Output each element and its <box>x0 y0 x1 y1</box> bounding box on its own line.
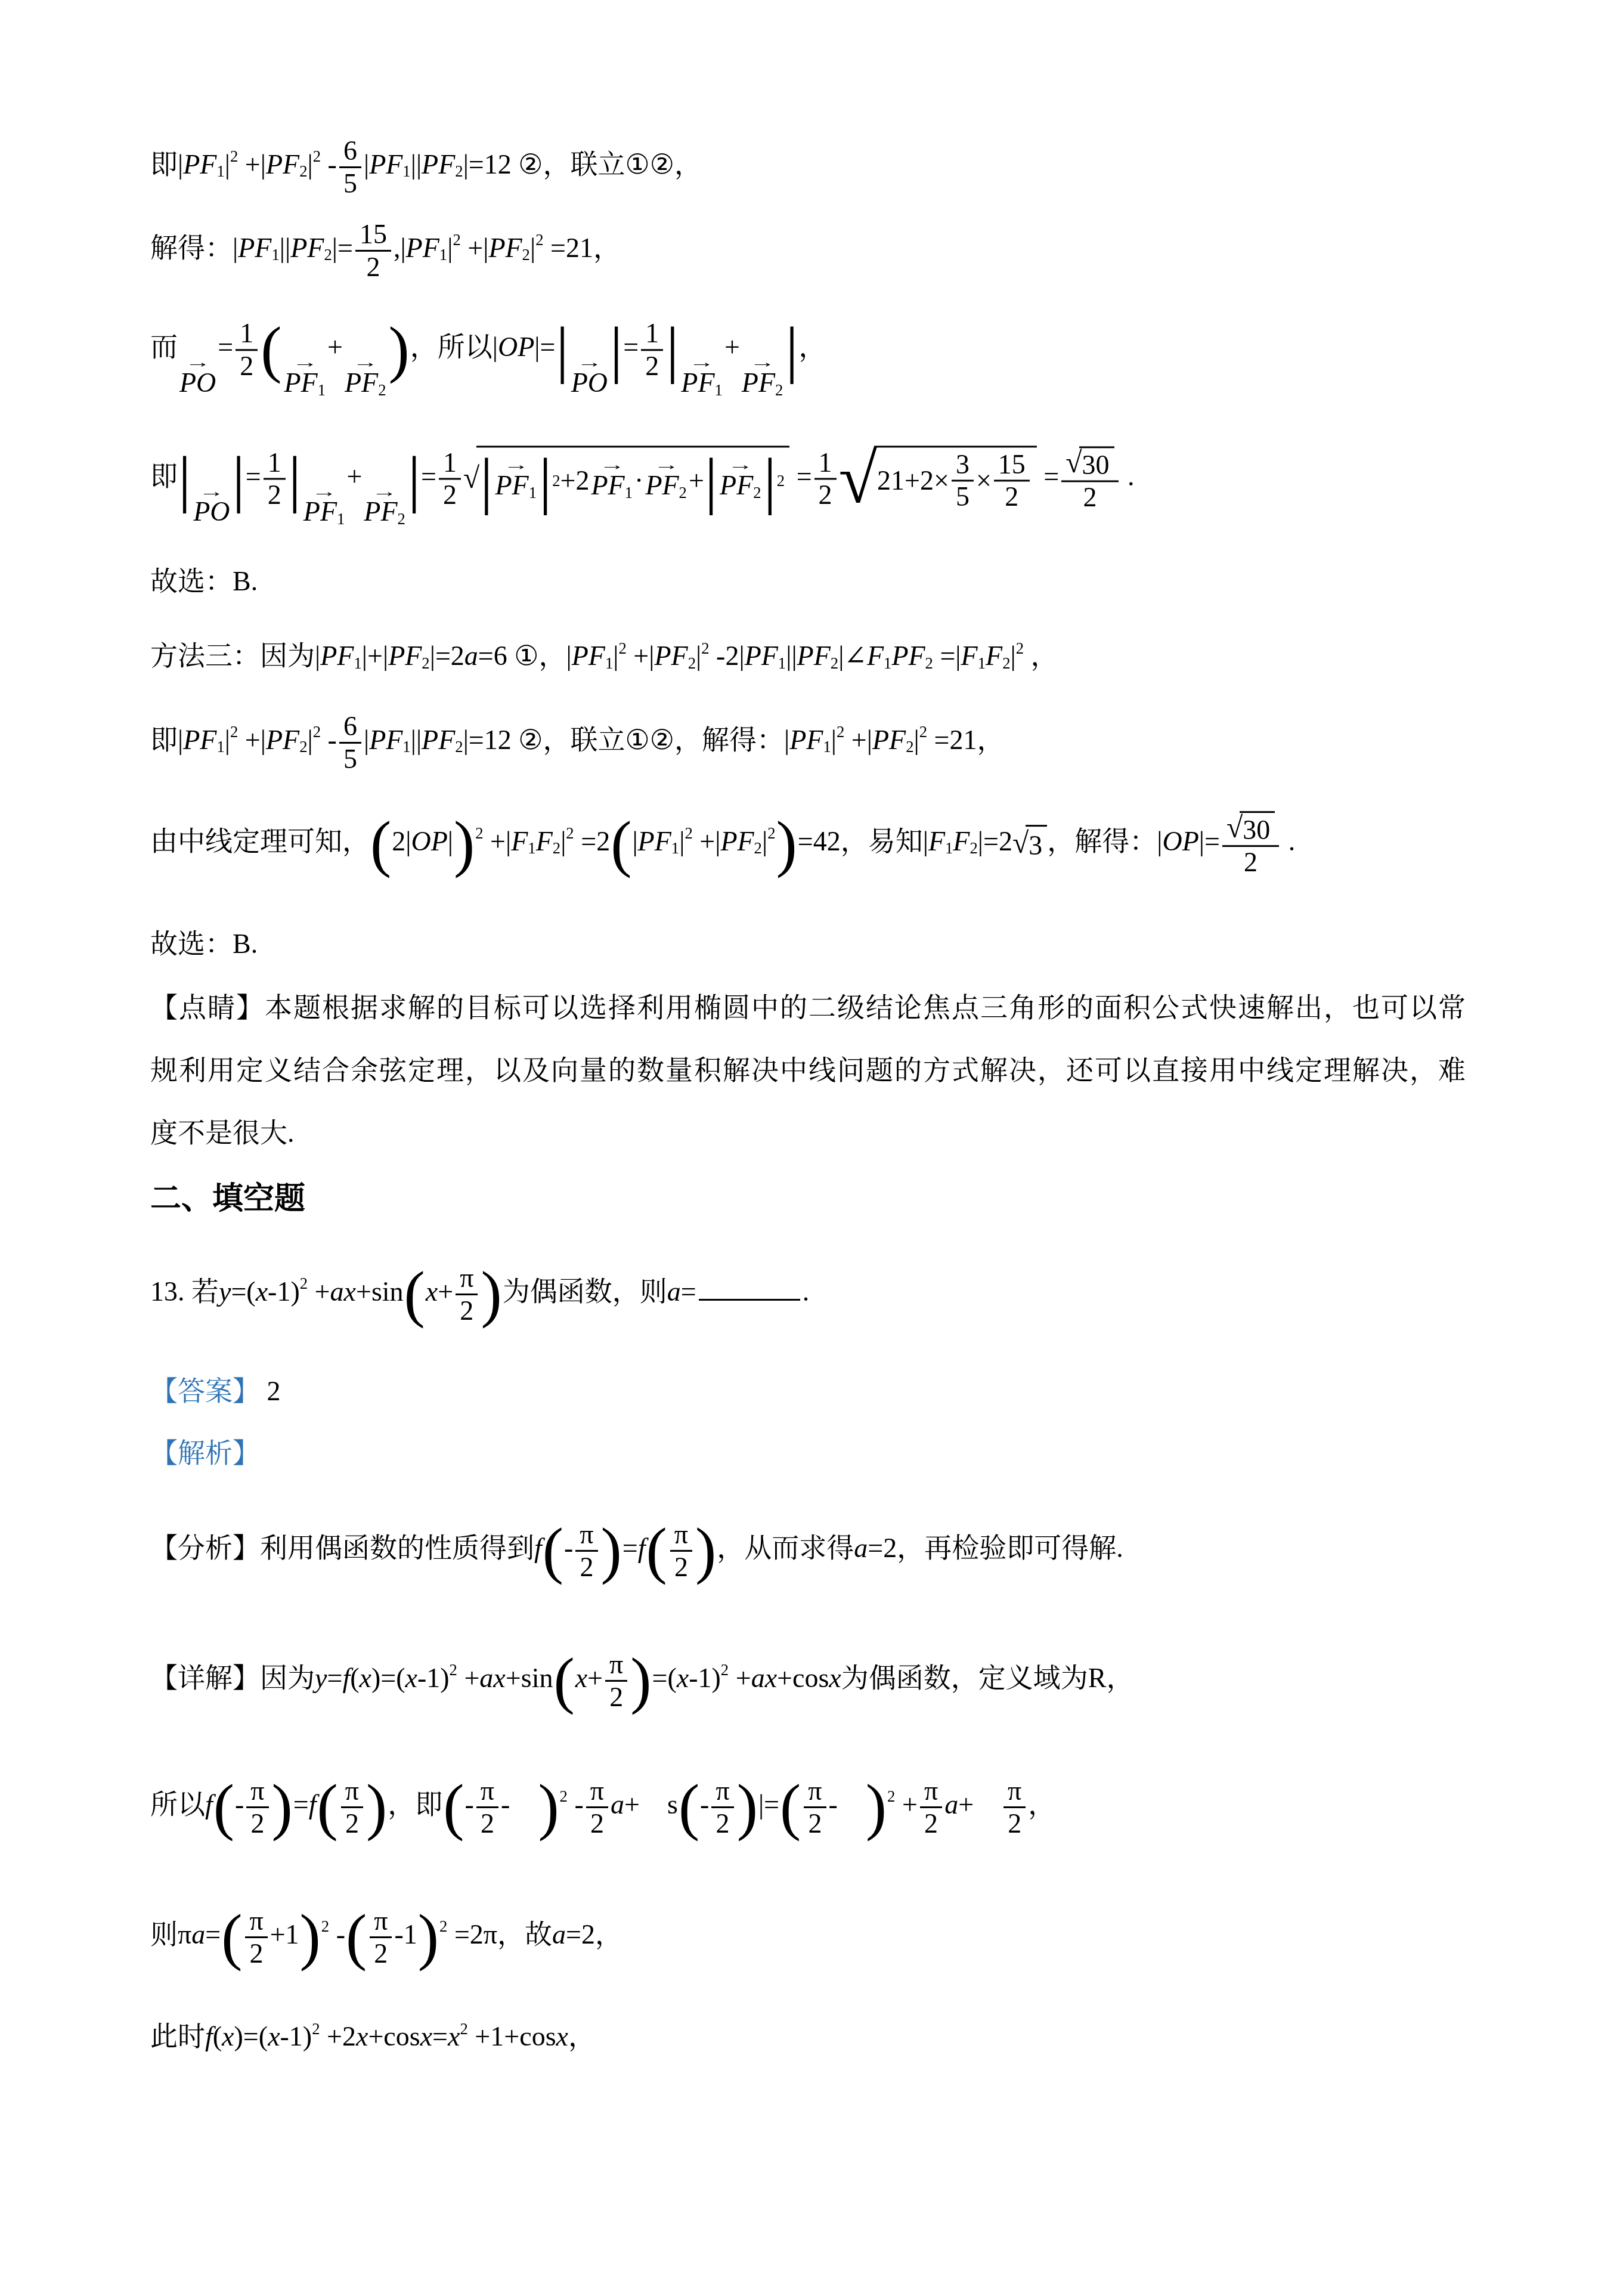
superscript: 2 <box>560 1787 568 1805</box>
fraction: π2 <box>670 1519 692 1582</box>
superscript: 2 <box>887 1787 895 1805</box>
roman-text: sin <box>521 1663 553 1693</box>
subscript: 1 <box>605 654 613 672</box>
vector-arrow-icon: → <box>577 358 602 368</box>
detail-line-1: 【详解】因为y=f(x)=(x-1)2 +ax+sin(x+π2)=(x-1)2… <box>150 1649 1133 1712</box>
roman-text: cos <box>519 2021 556 2051</box>
big-delimiter: | <box>538 449 552 512</box>
subscript: 2 <box>679 484 687 502</box>
big-delimiter: | <box>763 449 777 512</box>
superscript: 2 <box>230 147 238 165</box>
big-delimiter: ) <box>417 1902 439 1972</box>
vector-arrow-icon: → <box>372 488 398 497</box>
note-line-3: 度不是很大. <box>150 1116 295 1150</box>
superscript: 2 <box>300 1274 308 1292</box>
subscript: 1 <box>945 839 953 857</box>
big-delimiter: ( <box>646 1515 668 1585</box>
superscript: 2 <box>535 231 543 249</box>
vector: →PF1 <box>284 358 326 397</box>
big-delimiter: ( <box>370 809 392 878</box>
formula-method-three: 方法三：因为|PF1|+|PF2|=2a=6 ①，|PF1|2 +|PF2|2 … <box>150 639 1058 673</box>
detail-line-3: 则πa=(π2+1)2 -(π2-1)2 =2π，故a=2， <box>150 1905 622 1969</box>
formula-solve-products: 解得：|PF1||PF2|=152,|PF1|2 +|PF2|2 =21， <box>150 219 621 282</box>
subscript: 2 <box>455 162 463 180</box>
square-root: √3 <box>1012 825 1047 863</box>
fraction: π2 <box>605 1649 627 1712</box>
note-line-2: 规利用定义结合余弦定理，以及向量的数量积解决中线问题的方式解决，还可以直接用中线… <box>150 1053 1467 1088</box>
superscript: 2 <box>566 824 574 842</box>
roman-text: cos <box>383 2021 420 2051</box>
square-root: √30 <box>1226 811 1275 846</box>
big-delimiter: | <box>556 314 569 384</box>
subscript: 2 <box>775 381 783 399</box>
superscript: 2 <box>701 639 709 657</box>
detail-line-4: 此时f(x)=(x-1)2 +2x+cosx=x2 +1+cosx， <box>150 2019 596 2054</box>
label-bracket: 【解析】 <box>150 1438 260 1468</box>
big-delimiter: ) <box>736 1772 758 1842</box>
formula-op-magnitude: 即|→PO|=12|→PF1+→PF2|=12√|→PF1|2 +2→PF1·→… <box>150 445 1135 527</box>
big-delimiter: ) <box>630 1645 652 1715</box>
answer-choice-2: 故选：B. <box>150 927 258 961</box>
big-delimiter: ( <box>260 314 282 384</box>
section-header-fill-blank: 二、填空题 <box>150 1180 305 1218</box>
subscript: 1 <box>778 654 786 672</box>
big-delimiter: ) <box>695 1515 717 1585</box>
fraction: π2 <box>246 1775 268 1839</box>
subscript: 1 <box>216 162 224 180</box>
formula-eq2-combine: 即|PF1|2 +|PF2|2 -65|PF1||PF2|=12 ②，联立①②， <box>150 135 702 199</box>
fraction: π2 <box>370 1905 392 1969</box>
answer-label: 【答案】 2 <box>150 1374 281 1409</box>
roman-text: B <box>233 929 251 959</box>
superscript: 2 <box>453 231 460 249</box>
subscript: 1 <box>884 654 891 672</box>
square-root: √30 <box>1066 446 1114 481</box>
superscript: 2 <box>460 2020 467 2038</box>
vector-arrow-icon: → <box>185 358 210 368</box>
subscript: 1 <box>671 839 679 857</box>
superscript: 2 <box>313 147 321 165</box>
fraction: 12 <box>439 447 461 510</box>
radical-sign-icon: √ <box>839 450 877 508</box>
big-delimiter: ( <box>542 1515 564 1585</box>
big-delimiter: ) <box>366 1772 388 1842</box>
vector: →PO <box>193 488 230 527</box>
answer-choice-1: 故选：B. <box>150 564 258 599</box>
fraction: 35 <box>952 449 974 512</box>
fraction: 12 <box>264 447 286 510</box>
superscript: 2 <box>837 723 844 741</box>
big-delimiter: ) <box>453 809 475 878</box>
fraction: π2 <box>1003 1775 1026 1839</box>
vector-arrow-icon: → <box>503 462 529 471</box>
big-delimiter: ( <box>610 809 632 878</box>
subscript: 1 <box>402 738 410 756</box>
square-root: √21+2×35×152 <box>839 445 1037 512</box>
big-delimiter: ) <box>480 1259 502 1329</box>
big-delimiter: ) <box>865 1772 887 1842</box>
roman-text: cos <box>792 1663 829 1693</box>
vector-arrow-icon: → <box>653 462 679 471</box>
fraction: 12 <box>641 318 663 381</box>
fraction: 65 <box>339 135 361 199</box>
fraction: π2 <box>341 1775 363 1839</box>
fraction: 152 <box>994 449 1030 512</box>
subscript: 2 <box>324 246 332 264</box>
fraction: √302 <box>1061 445 1118 513</box>
vector-arrow-icon: → <box>292 358 318 368</box>
fraction: 152 <box>355 219 391 282</box>
superscript: 2 <box>721 1661 729 1679</box>
fraction: π2 <box>456 1263 478 1326</box>
big-delimiter: | <box>407 444 421 513</box>
subscript: 2 <box>422 654 429 672</box>
superscript: 2 <box>439 1917 447 1935</box>
fraction: π2 <box>920 1775 942 1839</box>
subscript: 1 <box>439 246 447 264</box>
big-delimiter: ( <box>553 1645 575 1715</box>
big-delimiter: ) <box>537 1772 559 1842</box>
analysis-label: 【解析】 <box>150 1436 260 1471</box>
subscript: 1 <box>528 839 535 857</box>
formula-median-theorem: 由中线定理可知，(2|OP|)2 +|F1F2|2 =2(|PF1|2 +|PF… <box>150 810 1295 878</box>
subscript: 2 <box>831 654 838 672</box>
subscript: 1 <box>715 381 723 399</box>
subscript: 1 <box>337 510 345 528</box>
vector-arrow-icon: → <box>727 462 753 471</box>
label-bracket: 【答案】 <box>150 1376 260 1406</box>
superscript: 2 <box>767 824 775 842</box>
fraction: π2 <box>804 1775 826 1839</box>
vector-arrow-icon: → <box>599 462 625 471</box>
vector: →PF2 <box>742 358 783 397</box>
subscript: 1 <box>318 381 326 399</box>
formula-vector-po: 而→PO=12(→PF1+→PF2)，所以|OP|=|→PO|=12|→PF1+… <box>150 318 826 397</box>
big-delimiter: | <box>609 314 623 384</box>
big-delimiter: ( <box>213 1772 235 1842</box>
big-delimiter: | <box>232 444 246 513</box>
subscript: 1 <box>978 654 986 672</box>
subscript: 2 <box>553 839 560 857</box>
formula-method-three-2: 即|PF1|2 +|PF2|2 -65|PF1||PF2|=12 ②，联立①②，… <box>150 711 1005 774</box>
roman-text: sin <box>371 1276 404 1307</box>
roman-text: R <box>1088 1663 1107 1693</box>
big-delimiter: ) <box>299 1902 321 1972</box>
superscript: 2 <box>230 723 238 741</box>
problem-13: 13. 若y=(x-1)2 +ax+sin(x+π2)为偶函数，则a=. <box>150 1263 809 1326</box>
big-delimiter: ( <box>404 1259 426 1329</box>
big-delimiter: ( <box>221 1902 243 1972</box>
vector: →PF2 <box>645 462 687 500</box>
vector-arrow-icon: → <box>199 488 224 497</box>
subscript: 2 <box>1002 654 1010 672</box>
big-delimiter: | <box>665 314 679 384</box>
roman-text: s <box>667 1789 678 1820</box>
big-delimiter: | <box>704 449 718 512</box>
roman-text: B <box>233 566 251 596</box>
superscript: 2 <box>475 824 483 842</box>
subscript: 2 <box>398 510 405 528</box>
note-line-1: 【点睛】本题根据求解的目标可以选择利用椭圆中的二级结论焦点三角形的面积公式快速解… <box>150 991 1467 1025</box>
big-delimiter: ) <box>271 1772 293 1842</box>
vector-arrow-icon: → <box>689 358 715 368</box>
subscript: 2 <box>688 654 696 672</box>
big-delimiter: ) <box>600 1515 622 1585</box>
subscript: 2 <box>299 162 307 180</box>
fraction: π2 <box>575 1519 597 1582</box>
fraction: √302 <box>1222 810 1279 878</box>
subscript: 2 <box>455 738 463 756</box>
subscript: 2 <box>906 738 913 756</box>
superscript: 2 <box>919 723 927 741</box>
fraction: π2 <box>711 1775 733 1839</box>
subscript: 2 <box>378 381 386 399</box>
subscript: 2 <box>299 738 307 756</box>
subscript: 2 <box>522 246 530 264</box>
superscript: 2 <box>312 2020 320 2038</box>
vector: →PF1 <box>495 462 537 500</box>
superscript: 2 <box>321 1917 329 1935</box>
vector: →PF1 <box>681 358 723 397</box>
superscript: 2 <box>313 723 321 741</box>
subscript: 1 <box>216 738 224 756</box>
big-delimiter: ( <box>345 1902 367 1972</box>
vector: →PO <box>179 358 216 397</box>
detail-line-2: 所以f(-π2)=f(π2)，即(-π2- )2 -π2a+ s(-π2)|=(… <box>150 1775 1055 1839</box>
superscript: 2 <box>684 824 692 842</box>
big-delimiter: ( <box>442 1772 464 1842</box>
vector-arrow-icon: → <box>749 358 775 368</box>
square-root: √|→PF1|2 +2→PF1·→PF2+|→PF2|2 <box>463 445 789 512</box>
subscript: 1 <box>402 162 410 180</box>
vector: →PF2 <box>345 358 386 397</box>
document-page: 即|PF1|2 +|PF2|2 -65|PF1||PF2|=12 ②，联立①②，… <box>0 0 1623 2296</box>
big-delimiter: ( <box>678 1772 700 1842</box>
big-delimiter: | <box>178 444 191 513</box>
subscript: 2 <box>753 484 761 502</box>
big-delimiter: ( <box>779 1772 801 1842</box>
vector: →PF1 <box>591 462 633 500</box>
superscript: 2 <box>619 639 627 657</box>
subscript: 1 <box>529 484 537 502</box>
subscript: 2 <box>754 839 762 857</box>
vector-arrow-icon: → <box>311 488 337 497</box>
subscript: 1 <box>625 484 633 502</box>
fraction: π2 <box>476 1775 498 1839</box>
vector: →PF2 <box>720 462 761 500</box>
fraction: π2 <box>586 1775 608 1839</box>
superscript: 2 <box>1016 639 1024 657</box>
big-delimiter: ) <box>775 809 797 878</box>
vector: →PO <box>571 358 608 397</box>
subscript: 1 <box>354 654 361 672</box>
fraction: 12 <box>236 318 258 381</box>
vector: →PF2 <box>364 488 405 527</box>
subscript: 1 <box>271 246 279 264</box>
subscript: 1 <box>823 738 831 756</box>
subscript: 2 <box>970 839 977 857</box>
big-delimiter: ( <box>317 1772 339 1842</box>
answer-blank <box>699 1273 800 1301</box>
fraction: 12 <box>814 447 837 510</box>
vector: →PF1 <box>303 488 345 527</box>
fraction: π2 <box>245 1905 267 1969</box>
analysis-line: 【分析】利用偶函数的性质得到f(-π2)=f(π2)，从而求得a=2，再检验即可… <box>150 1519 1123 1582</box>
superscript: 2 <box>450 1661 457 1679</box>
big-delimiter: | <box>288 444 302 513</box>
big-delimiter: | <box>785 314 798 384</box>
vector-arrow-icon: → <box>352 358 378 368</box>
subscript: 2 <box>925 654 933 672</box>
big-delimiter: | <box>479 449 493 512</box>
fraction: 65 <box>339 711 361 774</box>
big-delimiter: ) <box>388 314 410 384</box>
